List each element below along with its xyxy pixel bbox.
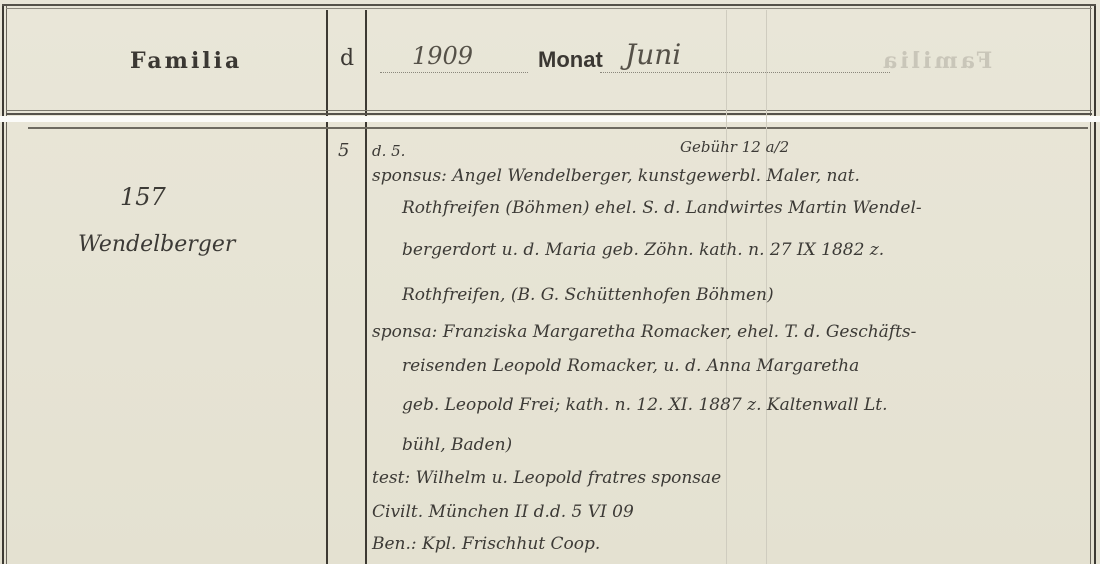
header-day: d [340, 46, 354, 71]
sponsa-line-3: geb. Leopold Frei; kath. n. 12. XI. 1887… [402, 395, 888, 415]
sponsa-line-1: sponsa: Franziska Margaretha Romacker, e… [372, 322, 916, 342]
column-divider-familia [326, 10, 328, 564]
entry-number: 157 [120, 183, 166, 211]
right-border-inner [1090, 4, 1091, 564]
benedicens-line: Ben.: Kpl. Frischhut Coop. [372, 534, 600, 554]
scan-seam [0, 116, 1100, 122]
entry-fee: Gebühr 12 a/2 [680, 138, 789, 156]
left-border-outer [2, 4, 4, 564]
header-month-value: Juni [625, 38, 681, 71]
right-border-outer [1094, 4, 1096, 564]
sponsus-line-3: bergerdort u. d. Maria geb. Zöhn. kath. … [402, 240, 884, 260]
sponsa-line-4: bühl, Baden) [402, 435, 512, 455]
header-rule-2 [6, 113, 1092, 115]
bleed-through-text: Familia [880, 48, 992, 74]
header-rule-1 [6, 110, 1092, 111]
civil-marriage-line: Civilt. München II d.d. 5 VI 09 [372, 502, 634, 522]
register-page: Familia d 1909 Monat Juni Familia 157 We… [0, 0, 1100, 564]
top-border-inner [6, 8, 1092, 9]
left-border-inner [6, 4, 7, 564]
body-top-rule [28, 127, 1088, 129]
testes-line: test: Wilhelm u. Leopold fratres sponsae [372, 468, 721, 488]
sponsa-line-2: reisenden Leopold Romacker, u. d. Anna M… [402, 356, 859, 376]
header-familia: Familia [130, 48, 242, 74]
entry-day: 5 [338, 140, 349, 161]
header-month-label: Monat [538, 47, 603, 73]
header-year: 1909 [412, 42, 473, 70]
column-divider-day [365, 10, 367, 564]
entry-date: d. 5. [372, 142, 405, 160]
sponsus-line-4: Rothfreifen, (B. G. Schüttenhofen Böhmen… [402, 285, 774, 305]
sponsus-line-2: Rothfreifen (Böhmen) ehel. S. d. Landwir… [402, 198, 922, 218]
month-dotted-line [600, 72, 890, 73]
family-name: Wendelberger [78, 232, 235, 257]
top-border [2, 4, 1096, 6]
year-dotted-line [380, 72, 528, 73]
sponsus-line-1: sponsus: Angel Wendelberger, kunstgewerb… [372, 166, 860, 186]
